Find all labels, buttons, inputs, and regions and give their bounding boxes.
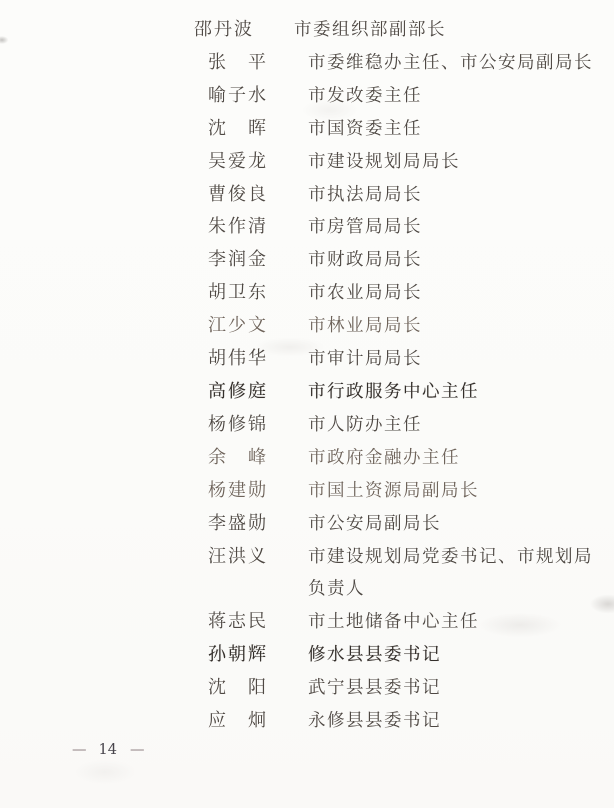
person-name: 邵丹波 [194, 14, 252, 47]
roster-row: 孙朝辉 修水县县委书记 [208, 639, 602, 672]
person-name: 沈阳 [208, 672, 266, 705]
person-title: 市人防办主任 [308, 409, 602, 442]
roster-row: 胡伟华 市审计局局长 [208, 343, 602, 376]
person-title: 市审计局局长 [308, 343, 602, 376]
document-page: 邵丹波 市委组织部副部长 张平 市委维稳办主任、市公安局副局长 喻子水 市发改委… [0, 0, 614, 808]
roster-row: 邵丹波 市委组织部副部长 [194, 14, 602, 47]
person-name: 李润金 [208, 244, 266, 277]
person-title: 市委组织部副部长 [294, 14, 588, 47]
person-name: 蒋志民 [208, 606, 266, 639]
person-name: 李盛勋 [208, 508, 266, 541]
roster-row: 李润金 市财政局局长 [208, 244, 602, 277]
person-name: 喻子水 [208, 80, 266, 113]
person-name: 胡伟华 [208, 343, 266, 376]
roster-row: 江少文 市林业局局长 [208, 310, 602, 343]
person-name: 张平 [208, 47, 266, 80]
footer-left-dash: — [72, 742, 86, 758]
roster-row: 朱作清 市房管局局长 [208, 211, 602, 244]
roster-row: 杨修锦 市人防办主任 [208, 409, 602, 442]
person-name: 朱作清 [208, 211, 266, 244]
roster-row: 喻子水 市发改委主任 [208, 80, 602, 113]
roster-row: 沈晖 市国资委主任 [208, 113, 602, 146]
roster-row: 吴爱龙 市建设规划局局长 [208, 146, 602, 179]
person-title: 市执法局局长 [308, 179, 602, 212]
roster-row: 杨建勋 市国土资源局副局长 [208, 475, 602, 508]
person-title: 市土地储备中心主任 [308, 606, 602, 639]
person-name: 杨修锦 [208, 409, 266, 442]
person-title: 市房管局局长 [308, 211, 602, 244]
person-title: 市委维稳办主任、市公安局副局长 [308, 47, 602, 80]
person-title: 修水县县委书记 [308, 639, 602, 672]
person-name: 汪洪义 [208, 541, 266, 574]
person-title: 市国资委主任 [308, 113, 602, 146]
roster-row: 汪洪义 市建设规划局党委书记、市规划局负责人 [208, 541, 602, 607]
person-title: 市农业局局长 [308, 277, 602, 310]
person-name: 江少文 [208, 310, 266, 343]
person-name: 沈晖 [208, 113, 266, 146]
person-title: 市林业局局长 [308, 310, 602, 343]
person-name: 应炯 [208, 705, 266, 738]
person-name: 孙朝辉 [208, 639, 266, 672]
person-name: 吴爱龙 [208, 146, 266, 179]
footer-right-dash: — [130, 742, 144, 758]
roster-row: 高修庭 市行政服务中心主任 [208, 376, 602, 409]
roster-row: 应炯 永修县县委书记 [208, 705, 602, 738]
page-number: 14 [99, 742, 117, 758]
person-name: 胡卫东 [208, 277, 266, 310]
person-title: 市建设规划局党委书记、市规划局负责人 [308, 541, 602, 607]
person-title: 市政府金融办主任 [308, 442, 602, 475]
person-title: 市国土资源局副局长 [308, 475, 602, 508]
person-name: 余峰 [208, 442, 266, 475]
roster-row: 曹俊良 市执法局局长 [208, 179, 602, 212]
roster-row: 蒋志民 市土地储备中心主任 [208, 606, 602, 639]
person-title: 武宁县县委书记 [308, 672, 602, 705]
roster-row: 沈阳 武宁县县委书记 [208, 672, 602, 705]
person-title: 市行政服务中心主任 [308, 376, 602, 409]
roster: 邵丹波 市委组织部副部长 张平 市委维稳办主任、市公安局副局长 喻子水 市发改委… [208, 14, 602, 738]
person-title: 永修县县委书记 [308, 705, 602, 738]
person-title: 市公安局副局长 [308, 508, 602, 541]
person-name: 高修庭 [208, 376, 266, 409]
roster-row: 胡卫东 市农业局局长 [208, 277, 602, 310]
roster-row: 余峰 市政府金融办主任 [208, 442, 602, 475]
person-name: 曹俊良 [208, 179, 266, 212]
person-title: 市发改委主任 [308, 80, 602, 113]
roster-row: 李盛勋 市公安局副局长 [208, 508, 602, 541]
roster-row: 张平 市委维稳办主任、市公安局副局长 [208, 47, 602, 80]
person-title: 市建设规划局局长 [308, 146, 602, 179]
person-name: 杨建勋 [208, 475, 266, 508]
page-footer: — 14 — [72, 742, 143, 758]
person-title: 市财政局局长 [308, 244, 602, 277]
